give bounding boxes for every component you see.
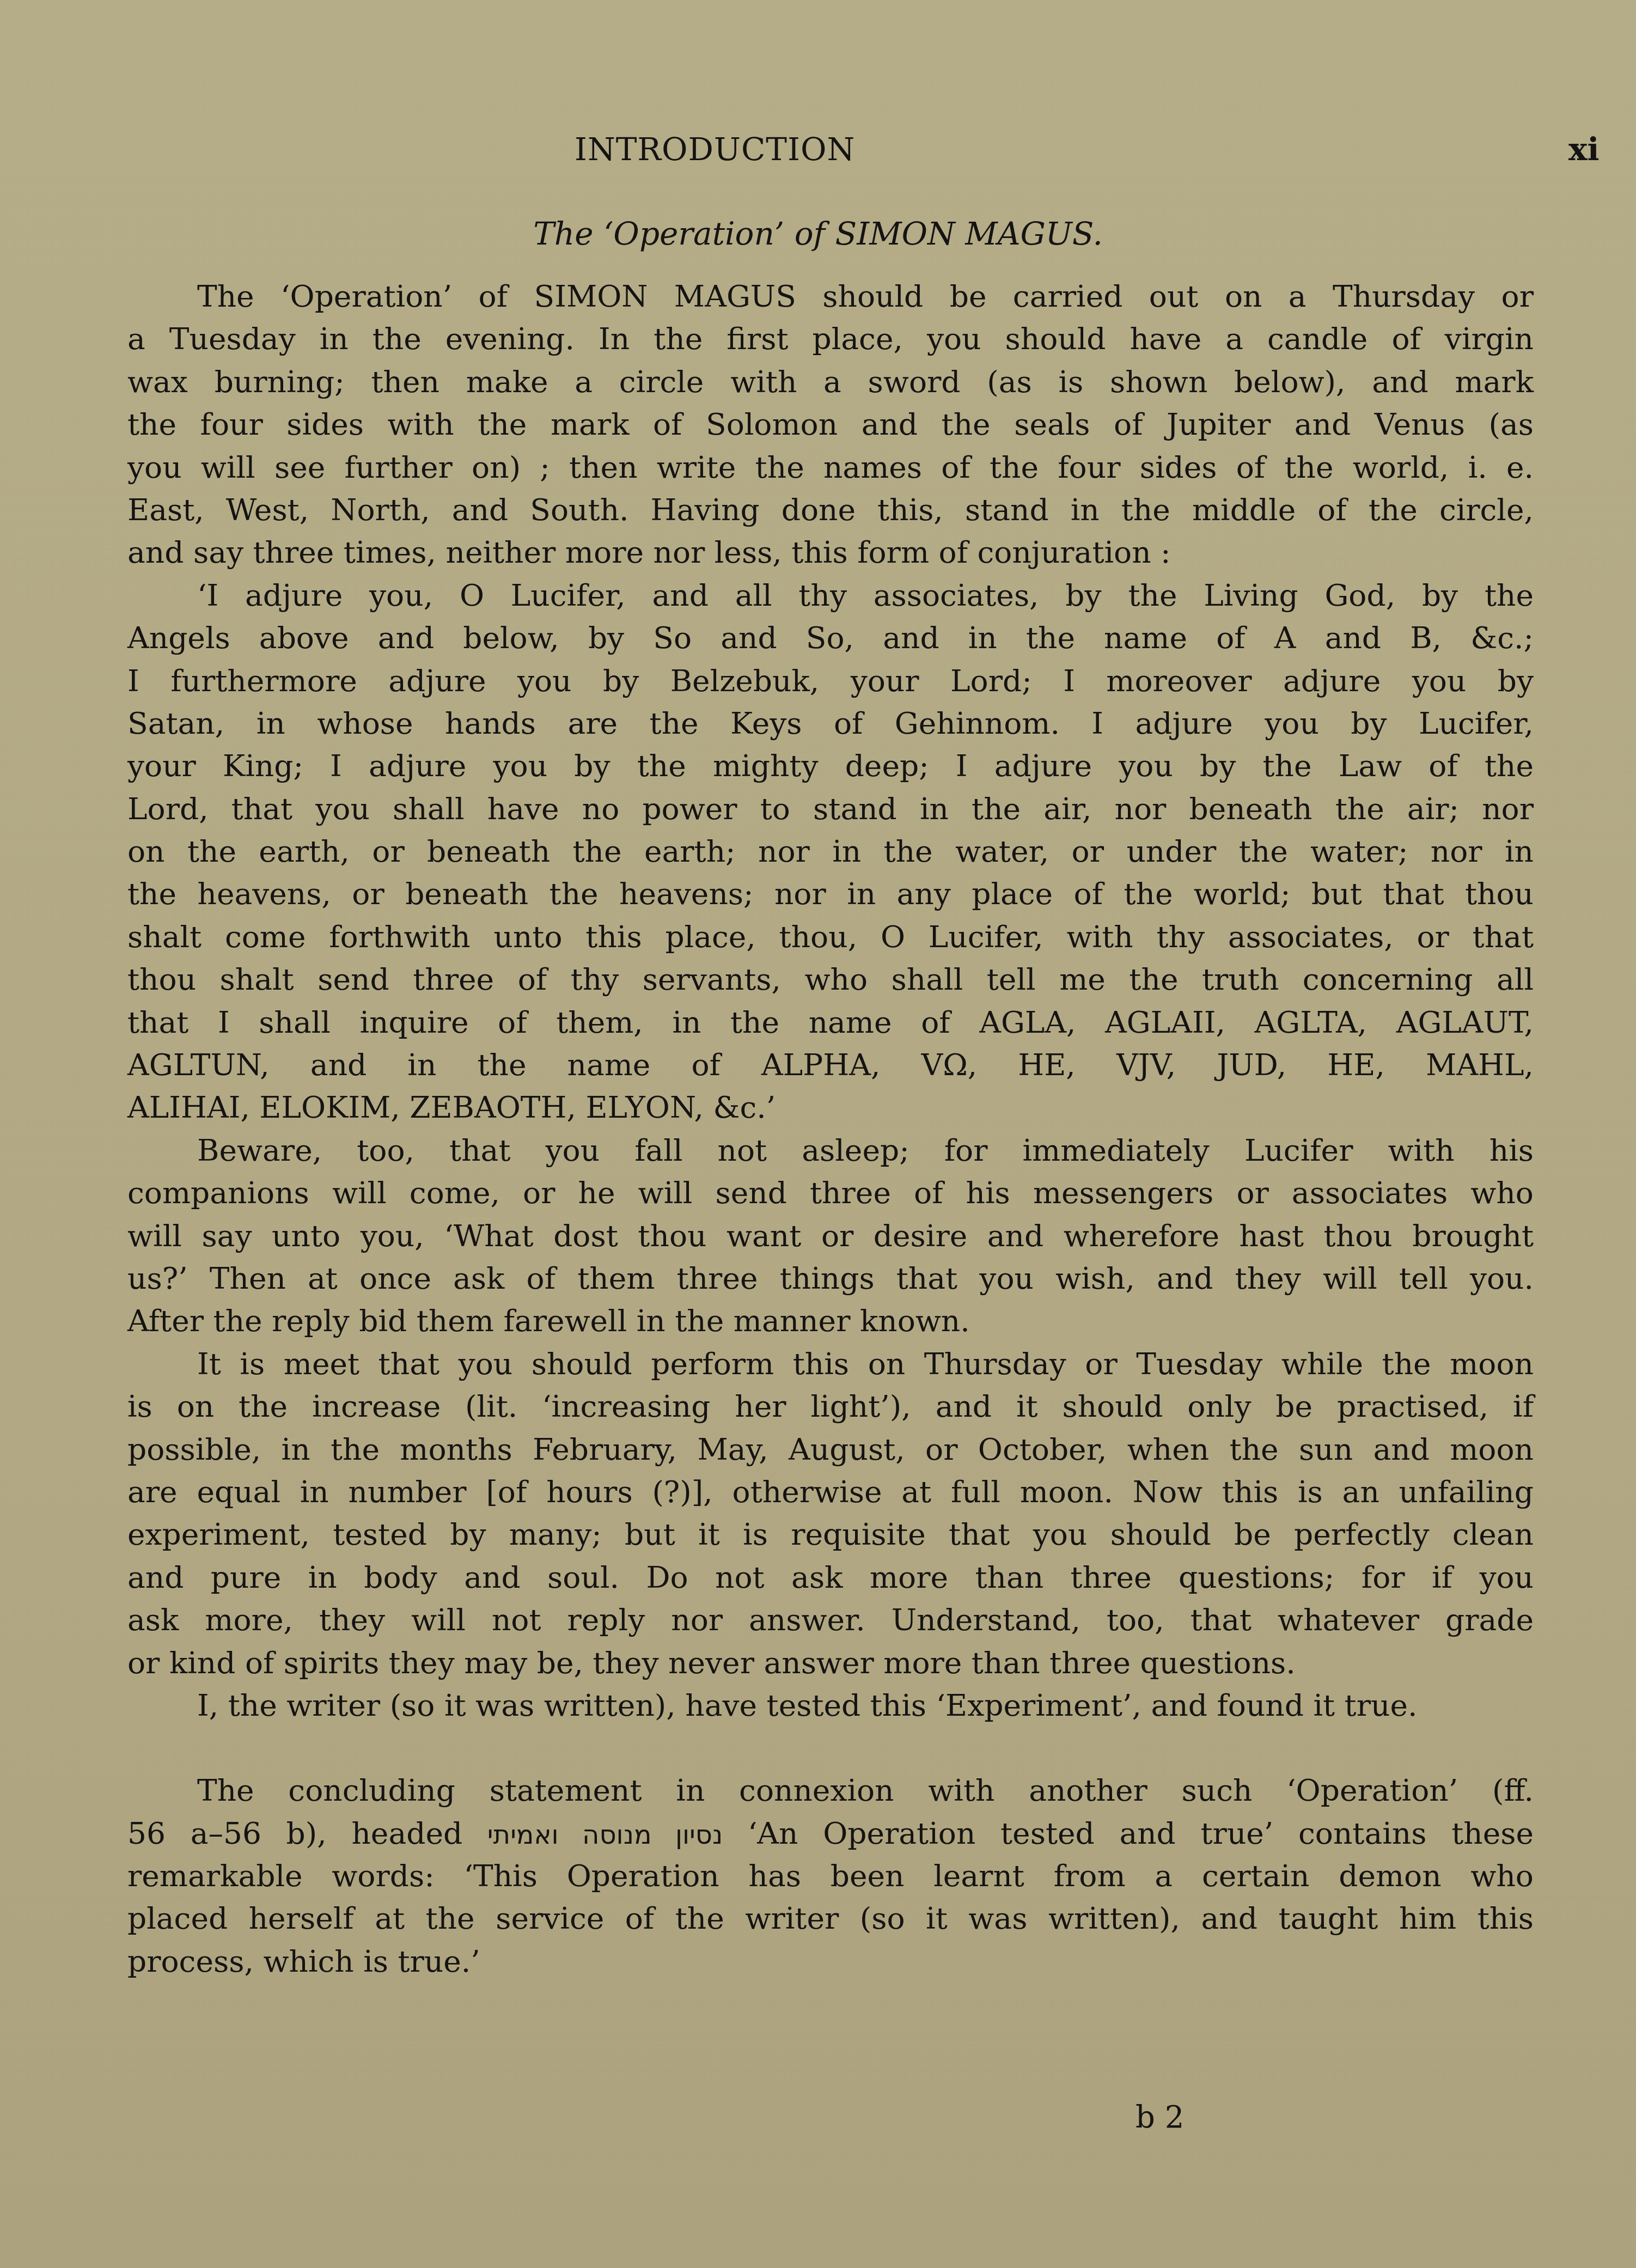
text-line: us?’ Then at once ask of them three thin… xyxy=(127,1257,1534,1300)
text-line: The ‘Operation’ of SIMON MAGUS should be… xyxy=(127,275,1534,318)
text-line: and pure in body and soul. Do not ask mo… xyxy=(127,1556,1534,1599)
text-line: the heavens, or beneath the heavens; nor… xyxy=(127,873,1534,915)
text-line: It is meet that you should perform this … xyxy=(127,1343,1534,1385)
text-fragment: ‘An Operation tested and true’ contains … xyxy=(748,1816,1534,1851)
text-line: I, the writer (so it was written), have … xyxy=(127,1684,1534,1727)
text-line: shalt come forthwith unto this place, th… xyxy=(127,916,1534,958)
text-line: and say three times, neither more nor le… xyxy=(127,531,1534,574)
text-line: your King; I adjure you by the mighty de… xyxy=(127,745,1534,787)
text-line: East, West, North, and South. Having don… xyxy=(127,489,1534,531)
text-line: is on the increase (lit. ‘increasing her… xyxy=(127,1385,1534,1428)
text-line: Lord, that you shall have no power to st… xyxy=(127,788,1534,830)
text-line: or kind of spirits they may be, they nev… xyxy=(127,1642,1534,1684)
text-line: ask more, they will not reply nor answer… xyxy=(127,1599,1534,1641)
text-line: remarkable words: ‘This Operation has be… xyxy=(127,1855,1534,1897)
text-line: process, which is true.’ xyxy=(127,1940,1534,1983)
text-line: on the earth, or beneath the earth; nor … xyxy=(127,830,1534,873)
text-line: Satan, in whose hands are the Keys of Ge… xyxy=(127,702,1534,745)
text-fragment: 56 a–56 b), headed xyxy=(127,1816,462,1851)
text-line: After the reply bid them farewell in the… xyxy=(127,1300,1534,1342)
text-line: will say unto you, ‘What dost thou want … xyxy=(127,1215,1534,1257)
text-line: AGLTUN, and in the name of ALPHA, VΩ, HE… xyxy=(127,1044,1534,1086)
text-line: The concluding statement in connexion wi… xyxy=(127,1769,1534,1812)
text-line: a Tuesday in the evening. In the first p… xyxy=(127,318,1534,360)
text-line: the four sides with the mark of Solomon … xyxy=(127,403,1534,446)
book-page: INTRODUCTION xi The ‘Operation’ of SIMON… xyxy=(0,0,1636,2268)
text-line: 56 a–56 b), headed נסיון מנוסה ואמיתי ‘A… xyxy=(127,1812,1534,1855)
text-line: ALIHAI, ELOKIM, ZEBAOTH, ELYON, &c.’ xyxy=(127,1086,1534,1129)
body-text: The ‘Operation’ of SIMON MAGUS should be… xyxy=(127,275,1534,1983)
text-line: you will see further on) ; then write th… xyxy=(127,446,1534,489)
section-title: The ‘Operation’ of SIMON MAGUS. xyxy=(0,215,1636,252)
text-line: that I shall inquire of them, in the nam… xyxy=(127,1001,1534,1044)
page-number: xi xyxy=(1568,131,1600,168)
text-line: Beware, too, that you fall not asleep; f… xyxy=(127,1129,1534,1172)
text-line: I furthermore adjure you by Belzebuk, yo… xyxy=(127,660,1534,702)
text-line: are equal in number [of hours (?)], othe… xyxy=(127,1471,1534,1513)
text-line: Angels above and below, by So and So, an… xyxy=(127,617,1534,659)
running-head: INTRODUCTION xyxy=(575,131,855,168)
text-line: wax burning; then make a circle with a s… xyxy=(127,361,1534,403)
hebrew-heading: נסיון מנוסה ואמיתי xyxy=(487,1820,723,1850)
text-line: possible, in the months February, May, A… xyxy=(127,1428,1534,1471)
signature-mark: b 2 xyxy=(1136,2100,1184,2135)
paragraph-gap xyxy=(127,1727,1534,1769)
text-line: companions will come, or he will send th… xyxy=(127,1172,1534,1214)
text-line: thou shalt send three of thy servants, w… xyxy=(127,958,1534,1001)
text-line: experiment, tested by many; but it is re… xyxy=(127,1513,1534,1556)
text-line: placed herself at the service of the wri… xyxy=(127,1897,1534,1940)
text-line: ‘I adjure you, O Lucifer, and all thy as… xyxy=(127,574,1534,617)
